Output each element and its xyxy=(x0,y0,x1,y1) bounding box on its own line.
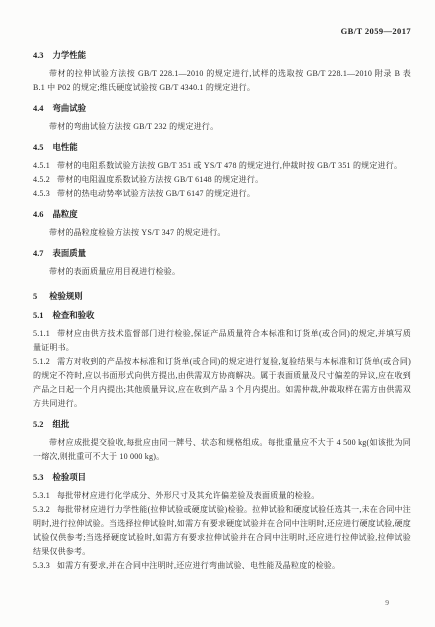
clause-text: 带材的电阻温度系数试验方法按 GB/T 6148 的规定进行。 xyxy=(57,175,263,184)
chapter-heading-5: 5检验规则 xyxy=(33,291,411,302)
heading-number: 5.2 xyxy=(33,419,43,430)
heading-title: 组批 xyxy=(52,420,69,429)
body-paragraph: 带材的弯曲试验方法按 GB/T 232 的规定进行。 xyxy=(33,120,411,134)
clause-number: 4.5.1 xyxy=(33,161,50,170)
heading-title: 检查和验收 xyxy=(52,311,94,320)
clause-text: 带材的电阻系数试验方法按 GB/T 351 或 YS/T 478 的规定进行,仲… xyxy=(57,161,402,170)
clause-number: 5.3.3 xyxy=(33,561,50,570)
page-content: 4.3力学性能 带材的拉伸试验方法按 GB/T 228.1—2010 的规定进行… xyxy=(33,44,411,573)
clause-paragraph: 4.5.1带材的电阻系数试验方法按 GB/T 351 或 YS/T 478 的规… xyxy=(33,159,411,173)
section-heading-4-4: 4.4弯曲试验 xyxy=(33,103,411,114)
section-heading-5-2: 5.2组批 xyxy=(33,419,411,430)
heading-title: 晶粒度 xyxy=(52,210,77,219)
clause-paragraph: 4.5.2带材的电阻温度系数试验方法按 GB/T 6148 的规定进行。 xyxy=(33,173,411,187)
clause-number: 5.3.2 xyxy=(33,505,50,514)
heading-number: 4.3 xyxy=(33,50,43,61)
clause-text: 如需方有要求,并在合同中注明时,还应进行弯曲试验、电性能及晶粒度的检验。 xyxy=(57,561,340,570)
page-number: 9 xyxy=(385,598,389,607)
heading-title: 检验项目 xyxy=(52,473,86,482)
clause-number: 4.5.3 xyxy=(33,189,50,198)
heading-number: 5.1 xyxy=(33,310,43,321)
section-heading-5-3: 5.3检验项目 xyxy=(33,472,411,483)
clause-paragraph: 5.3.2每批带材应进行力学性能(拉伸试验或硬度试验)检验。拉伸试验和硬度试验任… xyxy=(33,503,411,559)
heading-number: 4.6 xyxy=(33,209,43,220)
body-paragraph: 带材的拉伸试验方法按 GB/T 228.1—2010 的规定进行,试样的选取按 … xyxy=(33,67,411,95)
heading-title: 表面质量 xyxy=(52,249,86,258)
clause-text: 带材的热电动势率试验方法按 GB/T 6147 的规定进行。 xyxy=(57,189,255,198)
body-paragraph: 带材的表面质量应用目视进行检验。 xyxy=(33,265,411,279)
clause-paragraph: 5.3.3如需方有要求,并在合同中注明时,还应进行弯曲试验、电性能及晶粒度的检验… xyxy=(33,559,411,573)
heading-title: 电性能 xyxy=(52,143,77,152)
heading-number: 4.5 xyxy=(33,142,43,153)
section-heading-4-5: 4.5电性能 xyxy=(33,142,411,153)
clause-text: 需方对收到的产品按本标准和订货单(或合同)的规定进行复验,复验结果与本标准和订货… xyxy=(33,357,411,408)
clause-group: 5.1.1带材应由供方技术监督部门进行检验,保证产品质量符合本标准和订货单(或合… xyxy=(33,327,411,411)
clause-paragraph: 4.5.3带材的热电动势率试验方法按 GB/T 6147 的规定进行。 xyxy=(33,187,411,201)
clause-number: 4.5.2 xyxy=(33,175,50,184)
document-page: GB/T 2059—2017 4.3力学性能 带材的拉伸试验方法按 GB/T 2… xyxy=(0,0,435,627)
section-heading-4-6: 4.6晶粒度 xyxy=(33,209,411,220)
heading-number: 4.4 xyxy=(33,103,43,114)
heading-title: 检验规则 xyxy=(49,292,83,301)
section-heading-4-3: 4.3力学性能 xyxy=(33,50,411,61)
clause-group: 5.3.1每批带材应进行化学成分、外形尺寸及其允许偏差验及表面质量的检验。 5.… xyxy=(33,489,411,573)
section-heading-4-7: 4.7表面质量 xyxy=(33,248,411,259)
clause-number: 5.3.1 xyxy=(33,491,50,500)
body-paragraph: 带材应成批提交验收,每批应由同一牌号、状态和规格组成。每批重量应不大于 4 50… xyxy=(33,436,411,464)
clause-text: 每批带材应进行力学性能(拉伸试验或硬度试验)检验。拉伸试验和硬度试验任选其一,未… xyxy=(33,505,411,556)
heading-number: 5.3 xyxy=(33,472,43,483)
running-header: GB/T 2059—2017 xyxy=(341,26,411,36)
body-paragraph: 带材的晶粒度检验方法按 YS/T 347 的规定进行。 xyxy=(33,226,411,240)
clause-text: 每批带材应进行化学成分、外形尺寸及其允许偏差验及表面质量的检验。 xyxy=(57,491,319,500)
clause-paragraph: 5.1.2需方对收到的产品按本标准和订货单(或合同)的规定进行复验,复验结果与本… xyxy=(33,355,411,411)
heading-title: 弯曲试验 xyxy=(52,104,86,113)
clause-paragraph: 5.3.1每批带材应进行化学成分、外形尺寸及其允许偏差验及表面质量的检验。 xyxy=(33,489,411,503)
heading-number: 5 xyxy=(33,291,37,302)
clause-text: 带材应由供方技术监督部门进行检验,保证产品质量符合本标准和订货单(或合同)的规定… xyxy=(33,329,411,352)
clause-paragraph: 5.1.1带材应由供方技术监督部门进行检验,保证产品质量符合本标准和订货单(或合… xyxy=(33,327,411,355)
clause-group: 4.5.1带材的电阻系数试验方法按 GB/T 351 或 YS/T 478 的规… xyxy=(33,159,411,201)
heading-title: 力学性能 xyxy=(52,51,86,60)
section-heading-5-1: 5.1检查和验收 xyxy=(33,310,411,321)
heading-number: 4.7 xyxy=(33,248,43,259)
clause-number: 5.1.2 xyxy=(33,357,50,366)
clause-number: 5.1.1 xyxy=(33,329,50,338)
